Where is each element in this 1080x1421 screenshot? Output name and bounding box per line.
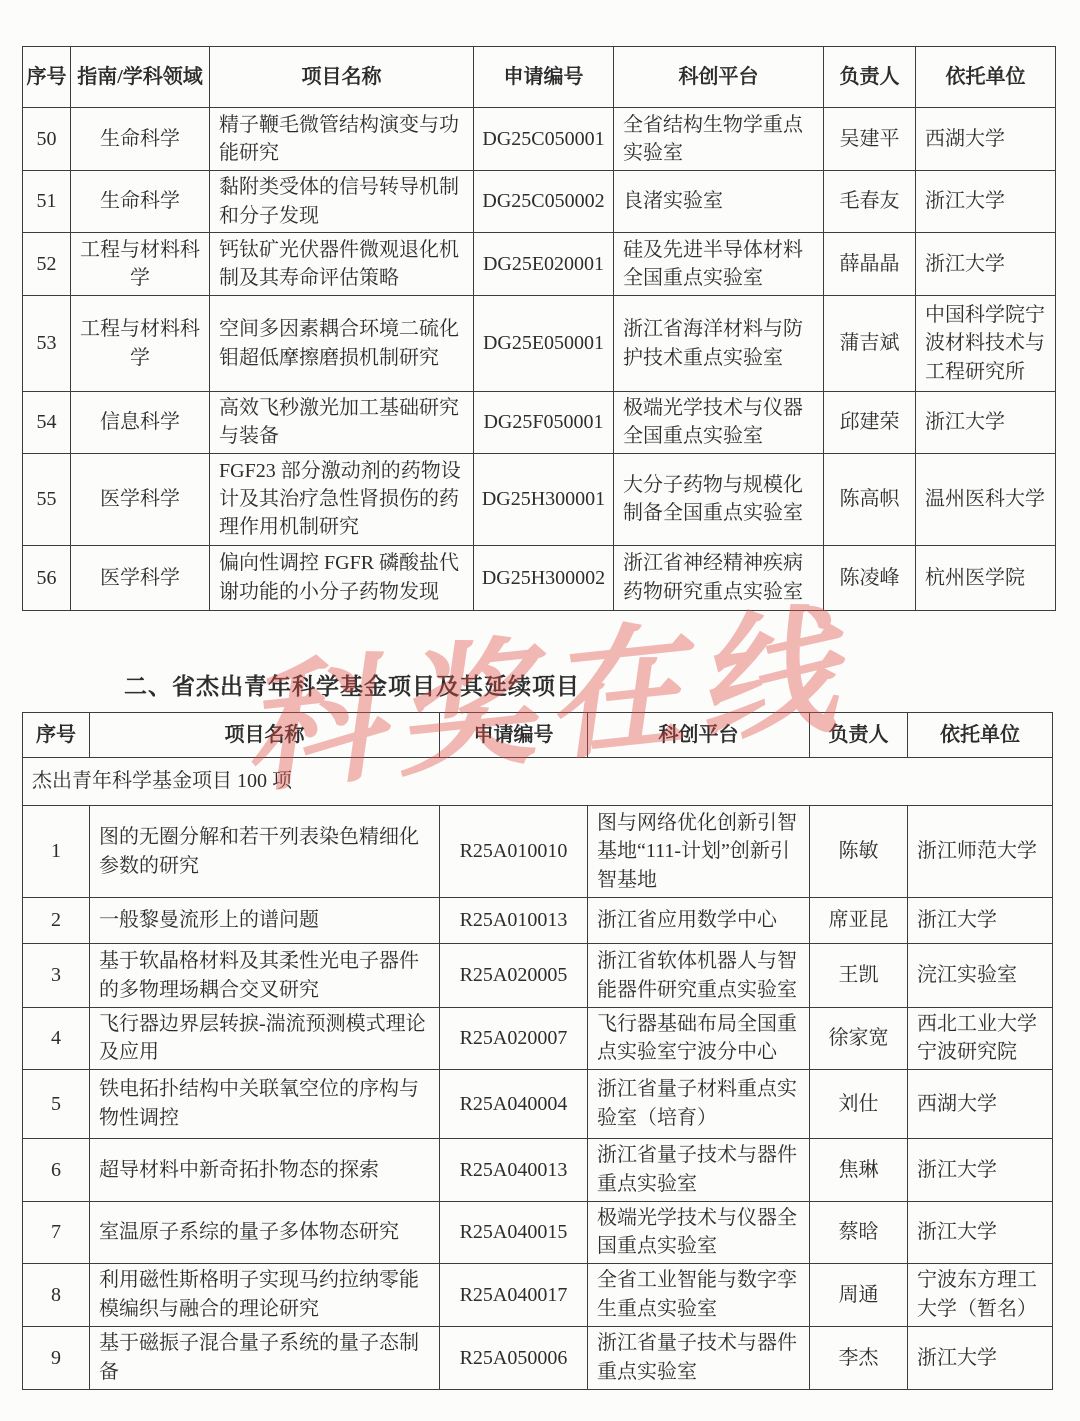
cell-platform: 浙江省应用数学中心 bbox=[588, 898, 810, 944]
cell-institution: 浙江大学 bbox=[916, 171, 1056, 233]
table-row: 53 工程与材料科学 空间多因素耦合环境二硫化钼超低摩擦磨损机制研究 DG25E… bbox=[23, 296, 1056, 392]
cell-leader: 徐家宽 bbox=[810, 1008, 908, 1070]
cell-seq: 6 bbox=[23, 1138, 90, 1201]
cell-platform: 飞行器基础布局全国重点实验室宁波分中心 bbox=[588, 1008, 810, 1070]
cell-platform: 浙江省海洋材料与防护技术重点实验室 bbox=[614, 296, 824, 392]
cell-seq: 9 bbox=[23, 1326, 90, 1389]
cell-leader: 陈敏 bbox=[810, 806, 908, 898]
cell-leader: 吴建平 bbox=[824, 108, 916, 171]
cell-project-name: 高效飞秒激光加工基础研究与装备 bbox=[210, 392, 474, 454]
cell-institution: 浙江大学 bbox=[916, 392, 1056, 454]
table-row: 56 医学科学 偏向性调控 FGFR 磷酸盐代谢功能的小分子药物发现 DG25H… bbox=[23, 545, 1056, 610]
cell-project-name: 图的无圈分解和若干列表染色精细化参数的研究 bbox=[90, 806, 440, 898]
cell-app-code: DG25C050002 bbox=[474, 171, 614, 233]
cell-platform: 浙江省神经精神疾病药物研究重点实验室 bbox=[614, 545, 824, 610]
cell-leader: 刘仕 bbox=[810, 1069, 908, 1138]
cell-project-name: 黏附类受体的信号转导机制和分子发现 bbox=[210, 171, 474, 233]
cell-leader: 薛晶晶 bbox=[824, 233, 916, 296]
table-row: 9 基于磁振子混合量子系统的量子态制备 R25A050006 浙江省量子技术与器… bbox=[23, 1326, 1053, 1389]
cell-leader: 邱建荣 bbox=[824, 392, 916, 454]
distinguished-youth-table: 序号 项目名称 申请编号 科创平台 负责人 依托单位 杰出青年科学基金项目 10… bbox=[22, 712, 1053, 1390]
cell-project-name: 飞行器边界层转捩-湍流预测模式理论及应用 bbox=[90, 1008, 440, 1070]
cell-leader: 陈高帜 bbox=[824, 453, 916, 545]
cell-platform: 浙江省量子技术与器件重点实验室 bbox=[588, 1326, 810, 1389]
cell-app-code: R25A010013 bbox=[440, 898, 588, 944]
cell-seq: 56 bbox=[23, 545, 71, 610]
cell-platform: 极端光学技术与仪器全国重点实验室 bbox=[614, 392, 824, 454]
cell-app-code: DG25E020001 bbox=[474, 233, 614, 296]
table-row: 7 室温原子系综的量子多体物态研究 R25A040015 极端光学技术与仪器全国… bbox=[23, 1201, 1053, 1263]
cell-project-name: 钙钛矿光伏器件微观退化机制及其寿命评估策略 bbox=[210, 233, 474, 296]
document-page: 序号 指南/学科领域 项目名称 申请编号 科创平台 负责人 依托单位 50 生命… bbox=[0, 0, 1080, 1421]
cell-platform: 浙江省量子技术与器件重点实验室 bbox=[588, 1138, 810, 1201]
cell-app-code: R25A050006 bbox=[440, 1326, 588, 1389]
cell-leader: 王凯 bbox=[810, 944, 908, 1008]
cell-seq: 50 bbox=[23, 108, 71, 171]
header-field: 指南/学科领域 bbox=[71, 47, 210, 108]
cell-seq: 55 bbox=[23, 453, 71, 545]
header-leader: 负责人 bbox=[810, 713, 908, 758]
header-seq: 序号 bbox=[23, 47, 71, 108]
header-leader: 负责人 bbox=[824, 47, 916, 108]
cell-app-code: R25A020007 bbox=[440, 1008, 588, 1070]
cell-seq: 52 bbox=[23, 233, 71, 296]
cell-institution: 浣江实验室 bbox=[908, 944, 1053, 1008]
cell-seq: 2 bbox=[23, 898, 90, 944]
cell-app-code: R25A040017 bbox=[440, 1263, 588, 1326]
cell-seq: 1 bbox=[23, 806, 90, 898]
table-row: 1 图的无圈分解和若干列表染色精细化参数的研究 R25A010010 图与网络优… bbox=[23, 806, 1053, 898]
cell-field: 生命科学 bbox=[71, 108, 210, 171]
cell-project-name: 铁电拓扑结构中关联氧空位的序构与物性调控 bbox=[90, 1069, 440, 1138]
cell-leader: 毛春友 bbox=[824, 171, 916, 233]
cell-app-code: R25A040015 bbox=[440, 1201, 588, 1263]
cell-leader: 席亚昆 bbox=[810, 898, 908, 944]
cell-app-code: R25A010010 bbox=[440, 806, 588, 898]
cell-institution: 浙江大学 bbox=[916, 233, 1056, 296]
group-label-row: 杰出青年科学基金项目 100 项 bbox=[23, 758, 1053, 806]
cell-leader: 周通 bbox=[810, 1263, 908, 1326]
section-2-title: 二、省杰出青年科学基金项目及其延续项目 bbox=[124, 668, 580, 701]
cell-institution: 杭州医学院 bbox=[916, 545, 1056, 610]
key-projects-table: 序号 指南/学科领域 项目名称 申请编号 科创平台 负责人 依托单位 50 生命… bbox=[22, 46, 1056, 611]
table-row: 2 一般黎曼流形上的谱问题 R25A010013 浙江省应用数学中心 席亚昆 浙… bbox=[23, 898, 1053, 944]
cell-leader: 蔡晗 bbox=[810, 1201, 908, 1263]
table-row: 50 生命科学 精子鞭毛微管结构演变与功能研究 DG25C050001 全省结构… bbox=[23, 108, 1056, 171]
cell-leader: 李杰 bbox=[810, 1326, 908, 1389]
cell-leader: 焦琳 bbox=[810, 1138, 908, 1201]
cell-project-name: 室温原子系综的量子多体物态研究 bbox=[90, 1201, 440, 1263]
cell-project-name: 一般黎曼流形上的谱问题 bbox=[90, 898, 440, 944]
cell-seq: 3 bbox=[23, 944, 90, 1008]
header-platform: 科创平台 bbox=[588, 713, 810, 758]
cell-app-code: DG25C050001 bbox=[474, 108, 614, 171]
table-row: 4 飞行器边界层转捩-湍流预测模式理论及应用 R25A020007 飞行器基础布… bbox=[23, 1008, 1053, 1070]
cell-field: 生命科学 bbox=[71, 171, 210, 233]
cell-institution: 西湖大学 bbox=[916, 108, 1056, 171]
cell-institution: 温州医科大学 bbox=[916, 453, 1056, 545]
header-institution: 依托单位 bbox=[916, 47, 1056, 108]
cell-platform: 大分子药物与规模化制备全国重点实验室 bbox=[614, 453, 824, 545]
cell-field: 信息科学 bbox=[71, 392, 210, 454]
cell-seq: 54 bbox=[23, 392, 71, 454]
cell-institution: 西湖大学 bbox=[908, 1069, 1053, 1138]
header-seq: 序号 bbox=[23, 713, 90, 758]
cell-project-name: FGF23 部分激动剂的药物设计及其治疗急性肾损伤的药理作用机制研究 bbox=[210, 453, 474, 545]
cell-field: 医学科学 bbox=[71, 453, 210, 545]
cell-platform: 全省结构生物学重点实验室 bbox=[614, 108, 824, 171]
cell-app-code: R25A040004 bbox=[440, 1069, 588, 1138]
table-row: 54 信息科学 高效飞秒激光加工基础研究与装备 DG25F050001 极端光学… bbox=[23, 392, 1056, 454]
table-row: 6 超导材料中新奇拓扑物态的探索 R25A040013 浙江省量子技术与器件重点… bbox=[23, 1138, 1053, 1201]
cell-field: 工程与材料科学 bbox=[71, 296, 210, 392]
table-row: 51 生命科学 黏附类受体的信号转导机制和分子发现 DG25C050002 良渚… bbox=[23, 171, 1056, 233]
cell-project-name: 空间多因素耦合环境二硫化钼超低摩擦磨损机制研究 bbox=[210, 296, 474, 392]
cell-field: 医学科学 bbox=[71, 545, 210, 610]
cell-platform: 图与网络优化创新引智基地“111-计划”创新引智基地 bbox=[588, 806, 810, 898]
cell-seq: 7 bbox=[23, 1201, 90, 1263]
cell-seq: 53 bbox=[23, 296, 71, 392]
group-label: 杰出青年科学基金项目 100 项 bbox=[23, 758, 1053, 806]
cell-app-code: R25A040013 bbox=[440, 1138, 588, 1201]
cell-platform: 硅及先进半导体材料全国重点实验室 bbox=[614, 233, 824, 296]
cell-app-code: DG25E050001 bbox=[474, 296, 614, 392]
cell-leader: 蒲吉斌 bbox=[824, 296, 916, 392]
cell-institution: 宁波东方理工大学（暂名） bbox=[908, 1263, 1053, 1326]
cell-project-name: 超导材料中新奇拓扑物态的探索 bbox=[90, 1138, 440, 1201]
header-project-name: 项目名称 bbox=[210, 47, 474, 108]
cell-platform: 全省工业智能与数字孪生重点实验室 bbox=[588, 1263, 810, 1326]
cell-platform: 良渚实验室 bbox=[614, 171, 824, 233]
cell-seq: 4 bbox=[23, 1008, 90, 1070]
cell-app-code: DG25H300001 bbox=[474, 453, 614, 545]
cell-app-code: R25A020005 bbox=[440, 944, 588, 1008]
cell-institution: 浙江师范大学 bbox=[908, 806, 1053, 898]
table-row: 5 铁电拓扑结构中关联氧空位的序构与物性调控 R25A040004 浙江省量子材… bbox=[23, 1069, 1053, 1138]
cell-institution: 西北工业大学宁波研究院 bbox=[908, 1008, 1053, 1070]
cell-seq: 8 bbox=[23, 1263, 90, 1326]
cell-institution: 浙江大学 bbox=[908, 1201, 1053, 1263]
cell-institution: 浙江大学 bbox=[908, 1138, 1053, 1201]
cell-institution: 浙江大学 bbox=[908, 1326, 1053, 1389]
table-row: 52 工程与材料科学 钙钛矿光伏器件微观退化机制及其寿命评估策略 DG25E02… bbox=[23, 233, 1056, 296]
header-platform: 科创平台 bbox=[614, 47, 824, 108]
table-row: 8 利用磁性斯格明子实现马约拉纳零能模编织与融合的理论研究 R25A040017… bbox=[23, 1263, 1053, 1326]
cell-project-name: 精子鞭毛微管结构演变与功能研究 bbox=[210, 108, 474, 171]
table-row: 55 医学科学 FGF23 部分激动剂的药物设计及其治疗急性肾损伤的药理作用机制… bbox=[23, 453, 1056, 545]
header-app-code: 申请编号 bbox=[474, 47, 614, 108]
table-header-row: 序号 指南/学科领域 项目名称 申请编号 科创平台 负责人 依托单位 bbox=[23, 47, 1056, 108]
cell-platform: 浙江省软体机器人与智能器件研究重点实验室 bbox=[588, 944, 810, 1008]
header-app-code: 申请编号 bbox=[440, 713, 588, 758]
cell-project-name: 基于软晶格材料及其柔性光电子器件的多物理场耦合交叉研究 bbox=[90, 944, 440, 1008]
header-institution: 依托单位 bbox=[908, 713, 1053, 758]
table-row: 3 基于软晶格材料及其柔性光电子器件的多物理场耦合交叉研究 R25A020005… bbox=[23, 944, 1053, 1008]
cell-institution: 中国科学院宁波材料技术与工程研究所 bbox=[916, 296, 1056, 392]
table-header-row: 序号 项目名称 申请编号 科创平台 负责人 依托单位 bbox=[23, 713, 1053, 758]
header-project-name: 项目名称 bbox=[90, 713, 440, 758]
cell-institution: 浙江大学 bbox=[908, 898, 1053, 944]
cell-project-name: 基于磁振子混合量子系统的量子态制备 bbox=[90, 1326, 440, 1389]
cell-platform: 极端光学技术与仪器全国重点实验室 bbox=[588, 1201, 810, 1263]
cell-app-code: DG25F050001 bbox=[474, 392, 614, 454]
cell-field: 工程与材料科学 bbox=[71, 233, 210, 296]
cell-app-code: DG25H300002 bbox=[474, 545, 614, 610]
cell-seq: 5 bbox=[23, 1069, 90, 1138]
cell-project-name: 偏向性调控 FGFR 磷酸盐代谢功能的小分子药物发现 bbox=[210, 545, 474, 610]
cell-seq: 51 bbox=[23, 171, 71, 233]
cell-leader: 陈凌峰 bbox=[824, 545, 916, 610]
cell-project-name: 利用磁性斯格明子实现马约拉纳零能模编织与融合的理论研究 bbox=[90, 1263, 440, 1326]
cell-platform: 浙江省量子材料重点实验室（培育） bbox=[588, 1069, 810, 1138]
